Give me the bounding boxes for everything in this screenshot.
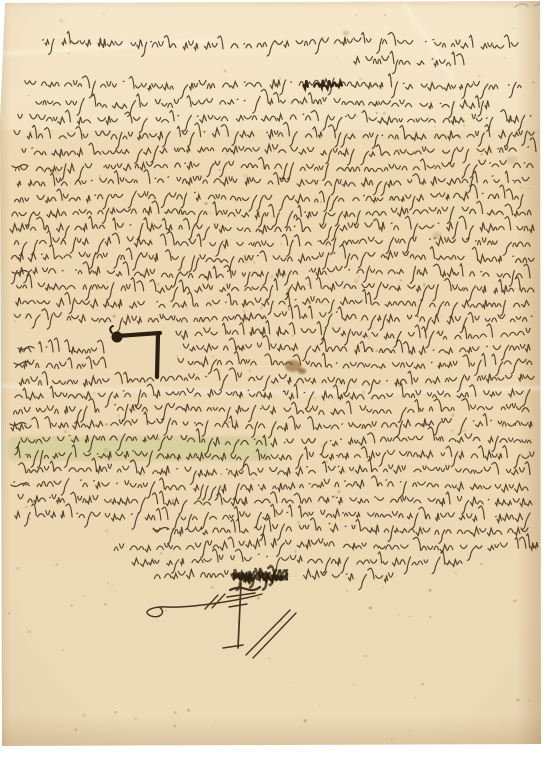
scanner-background bbox=[0, 0, 559, 768]
paper-edge-shadow-top bbox=[0, 0, 559, 9]
highlight-band bbox=[8, 436, 270, 461]
paper-edge-shadow-bottom bbox=[0, 714, 559, 746]
paper-edge-shadow-right bbox=[516, 0, 541, 768]
manuscript-scan bbox=[0, 0, 559, 768]
paper-edge-shadow-left bbox=[0, 0, 11, 768]
